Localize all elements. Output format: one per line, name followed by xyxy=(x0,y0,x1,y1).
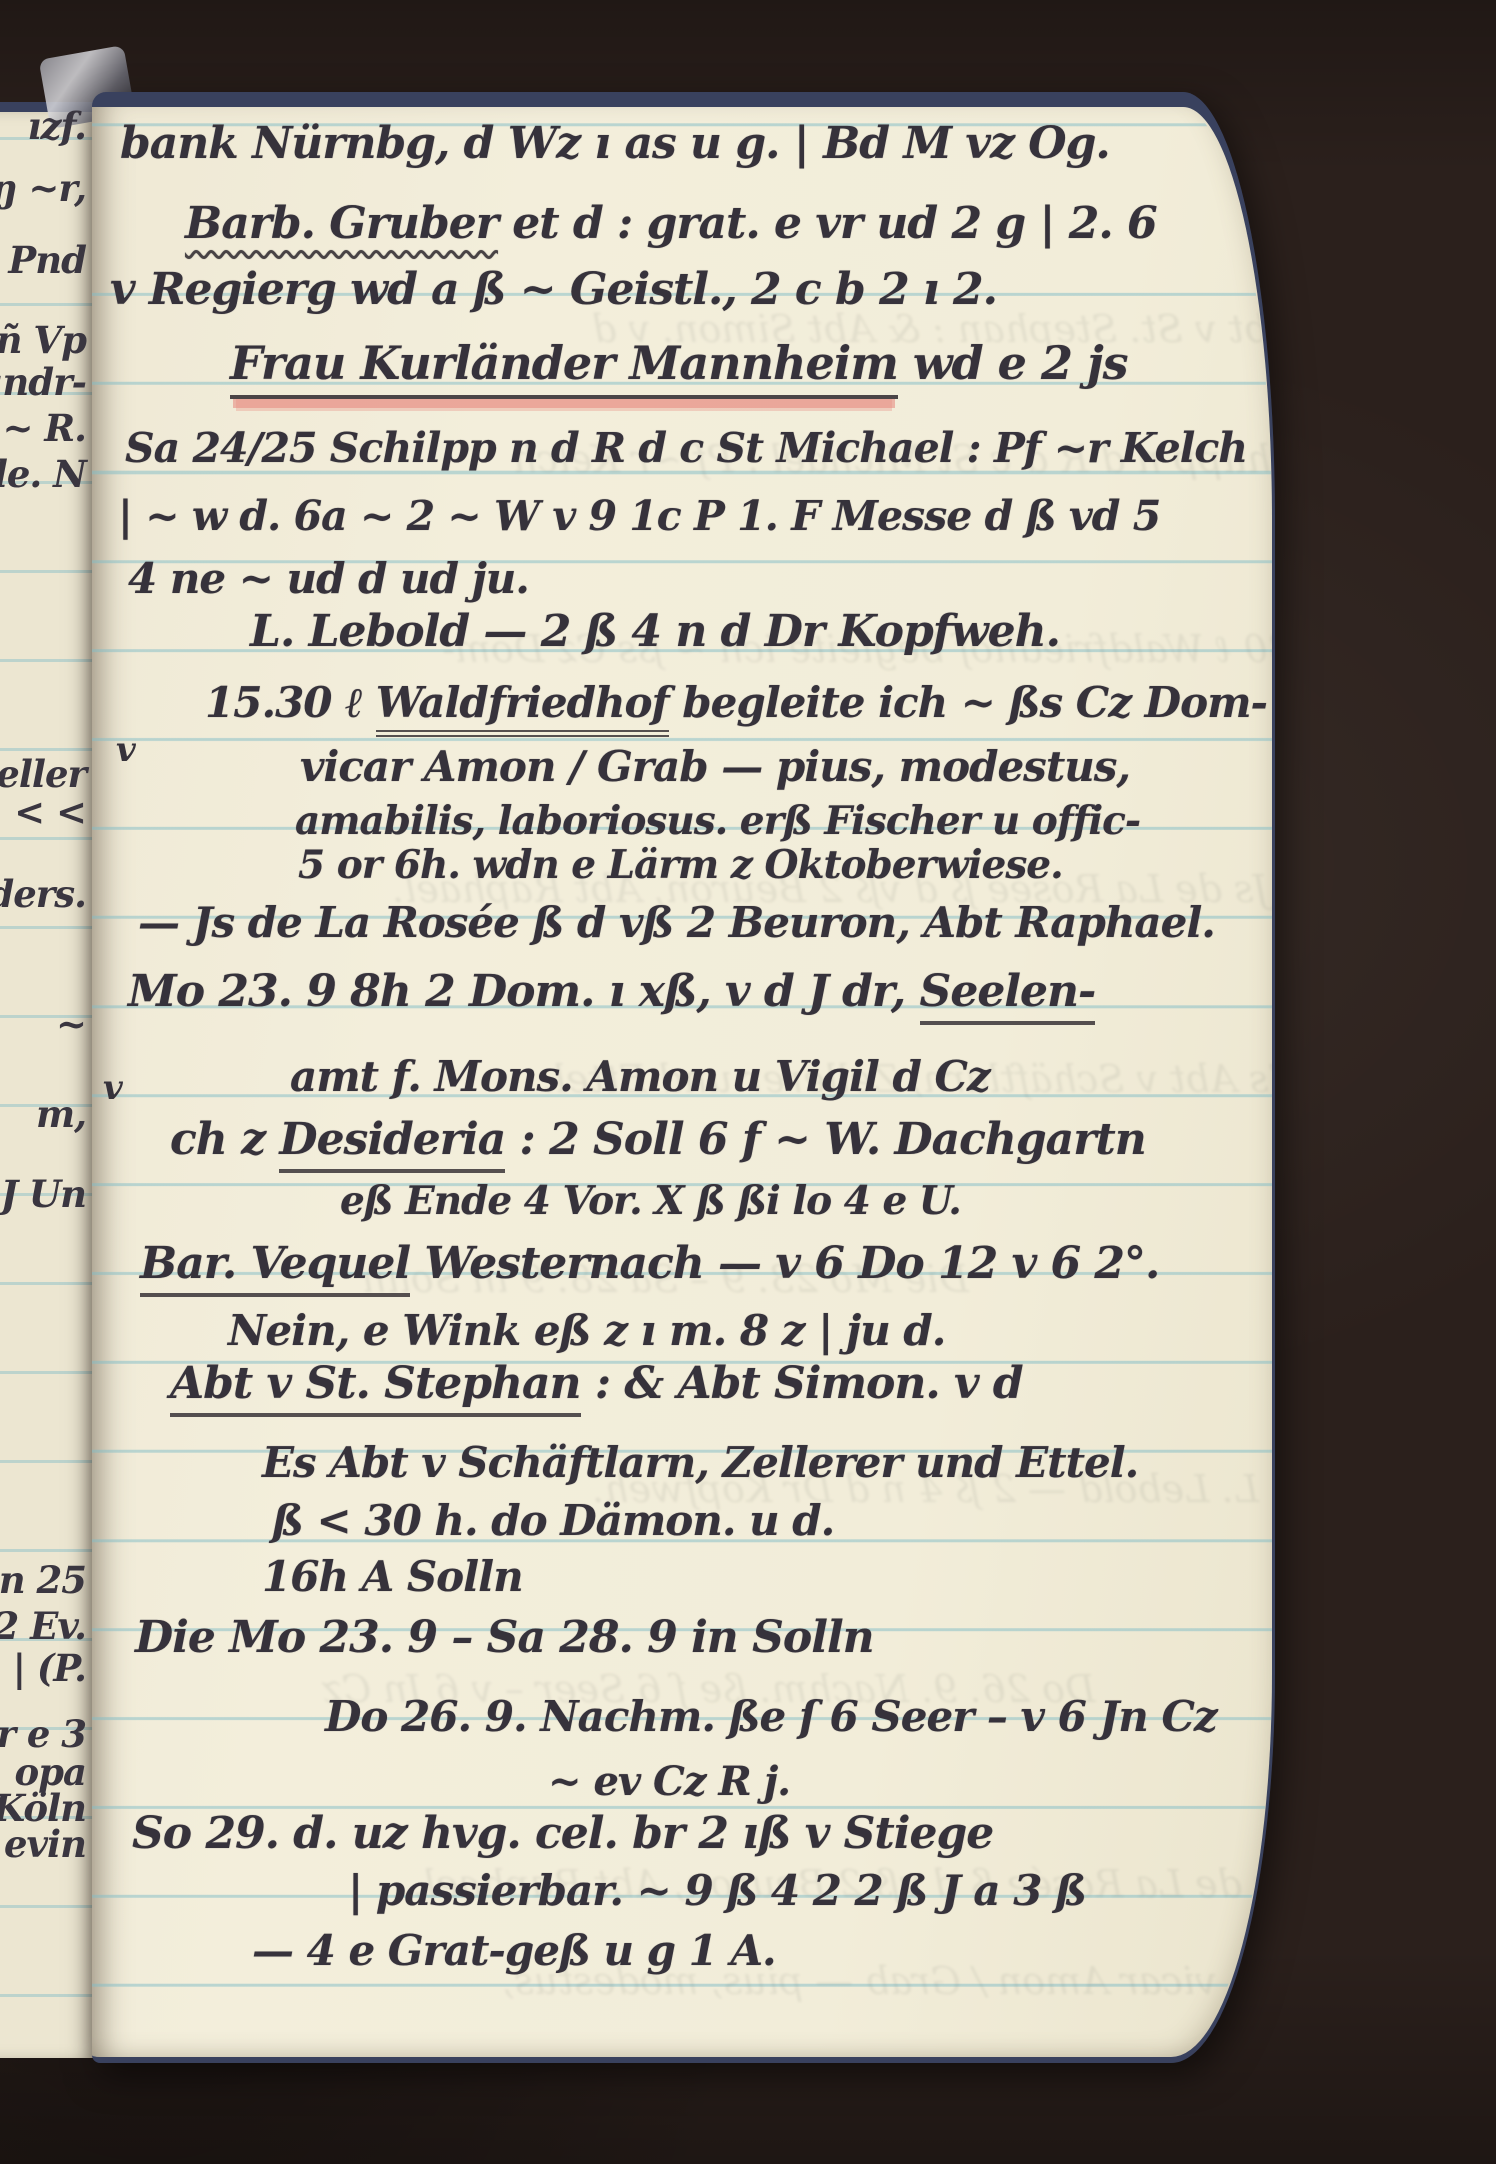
bleed-through-text: Abt v St. Stephan : & Abt Simon. v d xyxy=(592,307,1272,351)
bleed-through-text: — Js de La Rosée ß d vß 2 Beuron, Abt Ra… xyxy=(392,867,1272,911)
scanned-diary-photo: { "document": { "kind": "handwritten dia… xyxy=(0,0,1496,2164)
bleed-through-text: Die Mo 23. 9 – Sa 28. 9 in Solln xyxy=(362,1257,969,1301)
bleed-through-text: Es Abt v Schäftlarn, Zellerer und Ettel. xyxy=(542,1057,1272,1101)
bleed-through-text: L. Lebold — 2 ß 4 n d Dr Kopfweh. xyxy=(592,1467,1259,1511)
bleed-through-text: Sa 24/25 Schilpp n d R d c St Michael : … xyxy=(512,437,1272,481)
facing-page-edge xyxy=(0,102,96,2058)
ink-bleed-through-layer: Abt v St. Stephan : & Abt Simon. v dSa 2… xyxy=(92,107,1272,2057)
bleed-through-text: Do 26. 9. Nachm. ße ſ 6 Seer – v 6 Jn Cz xyxy=(322,1667,1096,1711)
diary-page: Abt v St. Stephan : & Abt Simon. v dSa 2… xyxy=(92,92,1275,2063)
bleed-through-text: vicar Amon / Grab — pius, modestus, xyxy=(502,1959,1216,2003)
bleed-through-text: 15.30 ℓ Waldfriedhof begleite ich ~ ßs C… xyxy=(442,627,1272,672)
bleed-through-text: — Js de La Rosée ß d vß 2 Beuron, Abt Ra… xyxy=(412,1862,1272,1906)
